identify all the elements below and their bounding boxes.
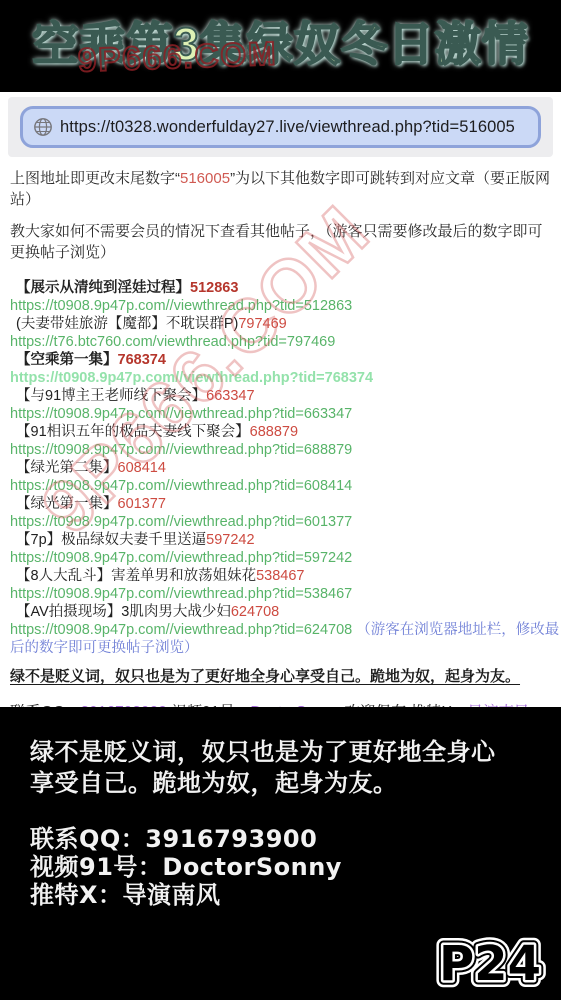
footer-slogan: 绿不是贬义词，奴只也是为了更好地全身心 享受自己。跪地为奴，起身为友。 xyxy=(30,737,533,799)
post-id: 512863 xyxy=(190,280,238,296)
post-title-line: 【与91博主王老师线下聚会】663347 xyxy=(10,387,561,405)
post-link[interactable]: https://t0908.9p47p.com//viewthread.php?… xyxy=(10,549,561,567)
content-area: 9P666.COM https://t0328.wonderfulday27.l… xyxy=(0,97,561,723)
post-title: 【与91博主王老师线下聚会】 xyxy=(16,388,206,404)
footer-video-line: 视频91号：DoctorSonny xyxy=(30,853,533,881)
post-title: 【91相识五年的极品夫妻线下聚会】 xyxy=(16,424,250,440)
post-link-url[interactable]: https://t0908.9p47p.com//viewthread.php?… xyxy=(10,586,352,602)
post-link[interactable]: https://t0908.9p47p.com//viewthread.php?… xyxy=(10,621,561,657)
post-title-line: 【91相识五年的极品夫妻线下聚会】688879 xyxy=(10,423,561,441)
post-id: 538467 xyxy=(256,568,304,584)
footer-qq-line: 联系QQ：3916793900 xyxy=(30,825,533,853)
footer-twitter-line: 推特X：导演南风 xyxy=(30,881,533,909)
page-number-badge: P24 P24 P24 P24 xyxy=(425,928,555,996)
url-text[interactable]: https://t0328.wonderfulday27.live/viewth… xyxy=(60,118,515,137)
footer-slogan-line-1: 绿不是贬义词，奴只也是为了更好地全身心 xyxy=(30,737,533,768)
post-title-line: 【空乘第一集】768374 xyxy=(10,351,561,369)
post-id: 663347 xyxy=(206,388,254,404)
post-link[interactable]: https://t0908.9p47p.com//viewthread.php?… xyxy=(10,441,561,459)
post-link-url[interactable]: https://t0908.9p47p.com//viewthread.php?… xyxy=(10,406,352,422)
footer-banner: 绿不是贬义词，奴只也是为了更好地全身心 享受自己。跪地为奴，起身为友。 联系QQ… xyxy=(0,707,561,1000)
post-title-line: 【绿光第一集】601377 xyxy=(10,495,561,513)
post-id: 797469 xyxy=(238,316,286,332)
post-id: 624708 xyxy=(231,604,279,620)
post-link[interactable]: https://t76.btc760.com/viewthread.php?ti… xyxy=(10,333,561,351)
post-title: 【AV拍摄现场】3肌肉男大战少妇 xyxy=(16,604,231,620)
post-id: 688879 xyxy=(250,424,298,440)
post-link-url[interactable]: https://t0908.9p47p.com//viewthread.php?… xyxy=(10,622,352,638)
post-id: 768374 xyxy=(118,352,166,368)
post-link-url[interactable]: https://t0908.9p47p.com//viewthread.php?… xyxy=(10,370,373,386)
post-list: 【展示从清纯到淫娃过程】512863https://t0908.9p47p.co… xyxy=(10,279,561,657)
post-title: 【8人大乱斗】害羞单男和放荡姐妹花 xyxy=(16,568,256,584)
badge-core: P24 xyxy=(439,936,541,992)
post-id: 601377 xyxy=(118,496,166,512)
post-link[interactable]: https://t0908.9p47p.com//viewthread.php?… xyxy=(10,513,561,531)
post-title-line: (夫妻带娃旅游【魔都】不耽误群P)797469 xyxy=(10,315,561,333)
post-link-url[interactable]: https://t0908.9p47p.com//viewthread.php?… xyxy=(10,298,352,314)
post-link[interactable]: https://t0908.9p47p.com//viewthread.php?… xyxy=(10,405,561,423)
title-banner: 空乘第3集绿奴冬日激情 9P666.COM xyxy=(0,0,561,92)
post-link-url[interactable]: https://t0908.9p47p.com//viewthread.php?… xyxy=(10,442,352,458)
globe-icon xyxy=(33,117,53,137)
post-title: (夫妻带娃旅游【魔都】不耽误群P) xyxy=(16,316,238,332)
footer-slogan-line-2: 享受自己。跪地为奴，起身为友。 xyxy=(30,768,533,799)
post-title: 【7p】极品绿奴夫妻千里送逼 xyxy=(16,532,206,548)
intro-line-1-number: 516005 xyxy=(180,170,230,187)
post-link[interactable]: https://t0908.9p47p.com//viewthread.php?… xyxy=(10,297,561,315)
post-link-url[interactable]: https://t0908.9p47p.com//viewthread.php?… xyxy=(10,478,352,494)
post-title-line: 【AV拍摄现场】3肌肉男大战少妇624708 xyxy=(10,603,561,621)
post-link-url[interactable]: https://t0908.9p47p.com//viewthread.php?… xyxy=(10,550,352,566)
post-id: 597242 xyxy=(206,532,254,548)
page: 空乘第3集绿奴冬日激情 9P666.COM 9P666.COM https://… xyxy=(0,0,561,1000)
browser-chrome: https://t0328.wonderfulday27.live/viewth… xyxy=(8,97,553,157)
post-title-line: 【7p】极品绿奴夫妻千里送逼597242 xyxy=(10,531,561,549)
post-link-url[interactable]: https://t76.btc760.com/viewthread.php?ti… xyxy=(10,334,335,350)
post-title-line: 【8人大乱斗】害羞单男和放荡姐妹花538467 xyxy=(10,567,561,585)
post-title-line: 【展示从清纯到淫娃过程】512863 xyxy=(10,279,561,297)
post-link[interactable]: https://t0908.9p47p.com//viewthread.php?… xyxy=(10,477,561,495)
post-title-line: 【绿光第二集】608414 xyxy=(10,459,561,477)
post-id: 608414 xyxy=(118,460,166,476)
post-link-url[interactable]: https://t0908.9p47p.com//viewthread.php?… xyxy=(10,514,352,530)
address-bar[interactable]: https://t0328.wonderfulday27.live/viewth… xyxy=(20,106,541,148)
post-title: 【绿光第一集】 xyxy=(16,496,118,512)
intro-line-1-pre: 上图地址即更改末尾数字“ xyxy=(10,170,180,187)
post-title: 【绿光第二集】 xyxy=(16,460,118,476)
post-title: 【空乘第一集】 xyxy=(16,352,118,368)
footer-contact: 联系QQ：3916793900 视频91号：DoctorSonny 推特X：导演… xyxy=(30,825,533,909)
post-link[interactable]: https://t0908.9p47p.com//viewthread.php?… xyxy=(10,585,561,603)
post-title: 【展示从清纯到淫娃过程】 xyxy=(16,280,190,296)
post-link[interactable]: https://t0908.9p47p.com//viewthread.php?… xyxy=(10,369,561,387)
intro-line-2: 教大家如何不需要会员的情况下查看其他帖子，（游客只需要修改最后的数字即可更换帖子… xyxy=(10,221,551,263)
intro-line-1: 上图地址即更改末尾数字“516005”为以下其他数字即可跳转到对应文章（要正版网… xyxy=(10,168,551,210)
slogan-line: 绿不是贬义词，奴只也是为了更好地全身心享受自己。跪地为奴，起身为友。 xyxy=(10,667,551,687)
title-watermark: 9P666.COM xyxy=(77,35,278,80)
